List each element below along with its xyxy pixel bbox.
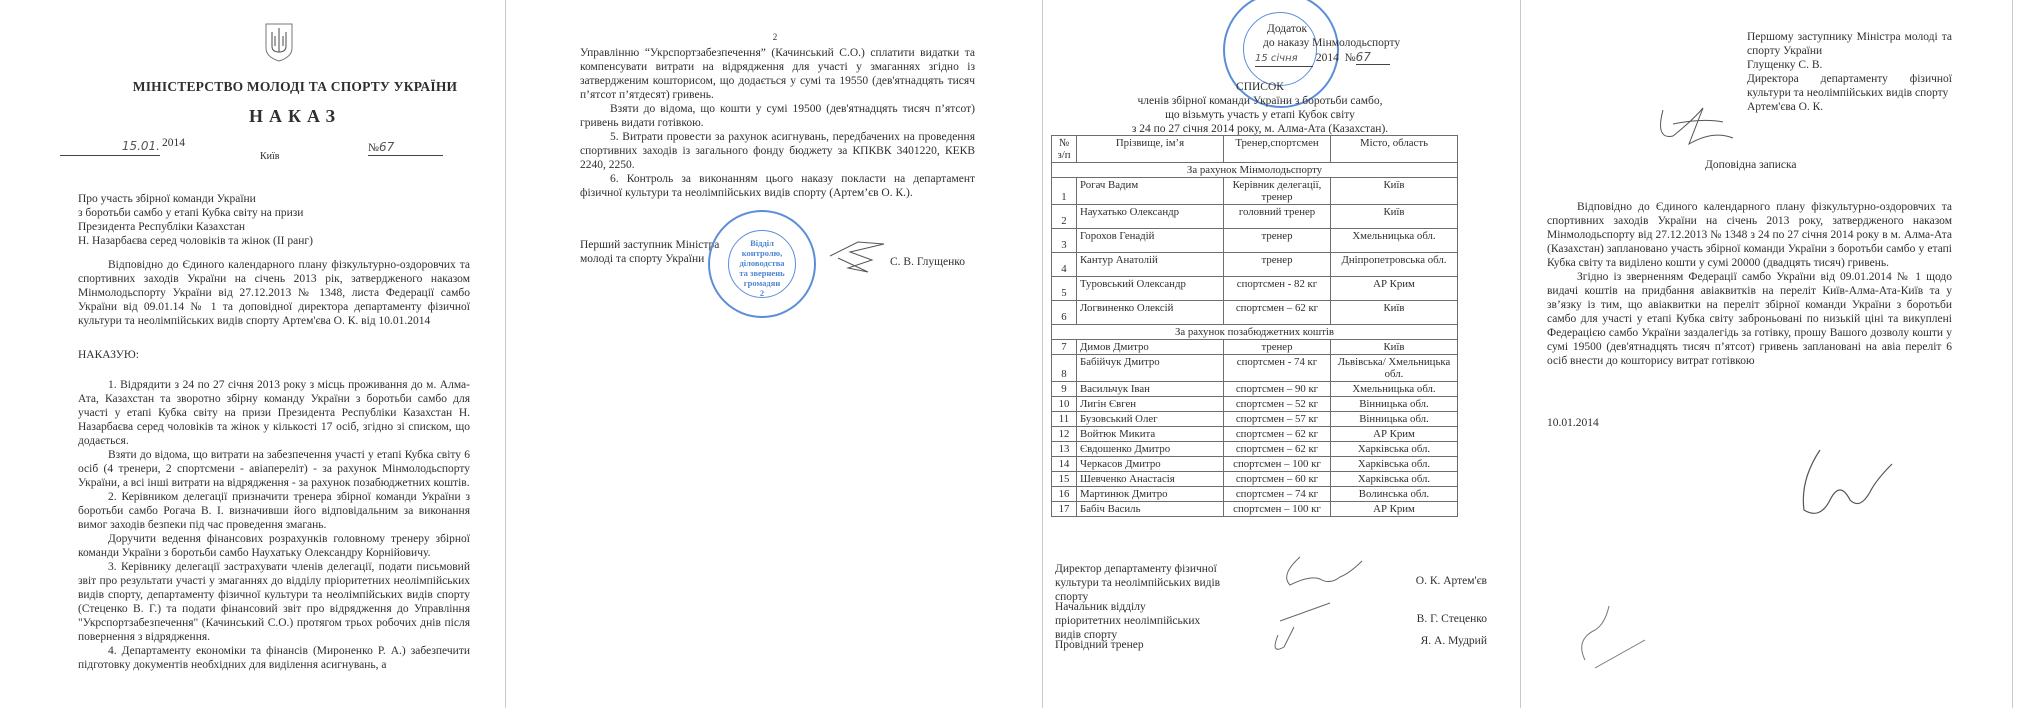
list-heading: СПИСОК членів збірної команди України з …: [1045, 80, 1475, 136]
order-preamble: Відповідно до Єдиного календарного плану…: [78, 258, 470, 328]
addressee-line: Першому заступнику Міністра молоді та сп…: [1747, 30, 1952, 58]
page-edge: [2012, 0, 2013, 708]
list-subtitle-line: членів збірної команди України з боротьб…: [1045, 94, 1475, 108]
athlete-region: Дніпропетровська обл.: [1331, 253, 1458, 277]
athlete-region: Київ: [1331, 301, 1458, 325]
memo-page: Першому заступнику Міністра молоді та сп…: [1545, 0, 2015, 708]
athlete-role: спортсмен – 52 кг: [1224, 397, 1331, 412]
athlete-role: спортсмен – 62 кг: [1224, 427, 1331, 442]
signature-name: Я. А. Мудрий: [1421, 634, 1487, 648]
order-paragraph: Управлінню “Укрспортзабезпечення” (Качин…: [580, 46, 975, 102]
row-number: 9: [1052, 382, 1077, 397]
memo-paragraphs: Відповідно до Єдиного календарного плану…: [1547, 200, 1952, 368]
table-row: 4Кантур АнатолійтренерДніпропетровська о…: [1052, 253, 1458, 277]
signature-name: В. Г. Стеценко: [1417, 612, 1487, 626]
subject-line: з боротьби самбо у етапі Кубка світу на …: [78, 206, 478, 220]
athlete-name: Бабійчук Дмитро: [1077, 355, 1224, 382]
athlete-name: Мартинюк Дмитро: [1077, 487, 1224, 502]
list-subtitle-line: що візьмуть участь у етапі Кубок світу: [1045, 108, 1475, 122]
athlete-name: Войтюк Микита: [1077, 427, 1224, 442]
row-number: 17: [1052, 502, 1077, 517]
athlete-role: спортсмен – 74 кг: [1224, 487, 1331, 502]
table-row: 5Туровський Олександрспортсмен - 82 кгАР…: [1052, 277, 1458, 301]
athlete-region: Хмельницька обл.: [1331, 382, 1458, 397]
page-edge: [505, 0, 506, 708]
table-row: 11Бузовський Олегспортсмен – 57 кгВінниц…: [1052, 412, 1458, 427]
annex-line: до наказу Мінмолодьспорту: [1263, 36, 1400, 50]
order-page-2: 2 Управлінню “Укрспортзабезпечення” (Кач…: [570, 0, 990, 708]
order-subject: Про участь збірної команди України з бор…: [78, 192, 478, 248]
table-header-cell: Тренер,спортсмен: [1224, 136, 1331, 163]
annex-header: Додаток до наказу Мінмолодьспорту 15 січ…: [1267, 22, 1400, 67]
row-number: 1: [1052, 178, 1077, 205]
athlete-role: спортсмен – 62 кг: [1224, 442, 1331, 457]
signature-icon: [828, 238, 888, 274]
athlete-region: Київ: [1331, 178, 1458, 205]
list-subtitle-line: з 24 по 27 січня 2014 року, м. Алма-Ата …: [1045, 122, 1475, 136]
athlete-name: Горохов Генадій: [1077, 229, 1224, 253]
table-header-row: № з/пПрізвище, ім’яТренер,спортсменМісто…: [1052, 136, 1458, 163]
subject-line: Президента Республіки Казахстан: [78, 220, 478, 234]
athlete-region: Вінницька обл.: [1331, 412, 1458, 427]
row-number: 6: [1052, 301, 1077, 325]
memo-paragraph: Згідно із зверненням Федерації самбо Укр…: [1547, 270, 1952, 368]
athlete-role: спортсмен – 100 кг: [1224, 502, 1331, 517]
signature-icon: [1270, 555, 1380, 665]
ministry-title: МІНІСТЕРСТВО МОЛОДІ ТА СПОРТУ УКРАЇНИ: [60, 79, 530, 95]
order-number-field: №67: [368, 140, 443, 156]
row-number: 16: [1052, 487, 1077, 502]
athlete-name: Шевченко Анастасія: [1077, 472, 1224, 487]
annex-number-handwritten: 67: [1356, 50, 1390, 65]
athlete-region: Волинська обл.: [1331, 487, 1458, 502]
stamp-center-text: Відділ контролю, діловодства та звернень…: [734, 238, 790, 298]
signatory-name: С. В. Глущенко: [890, 255, 965, 269]
row-number: 12: [1052, 427, 1077, 442]
official-stamp: Відділ контролю, діловодства та звернень…: [708, 210, 816, 318]
document-type: НАКАЗ: [60, 106, 530, 127]
memo-paragraph: Відповідно до Єдиного календарного плану…: [1547, 200, 1952, 270]
table-row: 14Черкасов Дмитроспортсмен – 100 кгХаркі…: [1052, 457, 1458, 472]
order-date-field: 15.01.: [60, 137, 160, 156]
table-row: 9Васильчук Іванспортсмен – 90 кгХмельниц…: [1052, 382, 1458, 397]
athlete-region: Львівська/ Хмельницька обл.: [1331, 355, 1458, 382]
athlete-name: Черкасов Дмитро: [1077, 457, 1224, 472]
row-number: 2: [1052, 205, 1077, 229]
athlete-role: спортсмен – 62 кг: [1224, 301, 1331, 325]
athlete-region: АР Крим: [1331, 502, 1458, 517]
subject-line: Н. Назарбаєва серед чоловіків та жінок (…: [78, 234, 478, 248]
table-row: 7Димов ДмитротренерКиїв: [1052, 340, 1458, 355]
signatory-title-line: молоді та спорту України: [580, 252, 719, 266]
athlete-region: Харківська обл.: [1331, 472, 1458, 487]
row-number: 11: [1052, 412, 1077, 427]
athlete-role: Керівник делегації, тренер: [1224, 178, 1331, 205]
athlete-role: спортсмен – 60 кг: [1224, 472, 1331, 487]
athlete-name: Бабіч Василь: [1077, 502, 1224, 517]
addressee-line: Директора департаменту фізичної культури…: [1747, 72, 1952, 100]
signature-icon: [1653, 100, 1737, 148]
team-roster-table: № з/пПрізвище, ім’яТренер,спортсменМісто…: [1051, 135, 1458, 517]
order-paragraph: Доручити ведення фінансових розрахунків …: [78, 532, 470, 560]
order-paragraph: 5. Витрати провести за рахунок асигнуван…: [580, 130, 975, 172]
order-paragraph: 1. Відрядити з 24 по 27 січня 2013 року …: [78, 378, 470, 448]
table-section-row: За рахунок Мінмолодьспорту: [1052, 163, 1458, 178]
athlete-name: Рогач Вадим: [1077, 178, 1224, 205]
order-paragraph: 2. Керівником делегації призначити трене…: [78, 490, 470, 532]
athlete-role: спортсмен – 90 кг: [1224, 382, 1331, 397]
section-title: За рахунок позабюджетних коштів: [1052, 325, 1458, 340]
order-paragraph: 4. Департаменту економіки та фінансів (М…: [78, 644, 470, 672]
page2-paragraphs: Управлінню “Укрспортзабезпечення” (Качин…: [580, 46, 975, 200]
signature-icon: [1565, 600, 1655, 670]
athlete-region: Хмельницька обл.: [1331, 229, 1458, 253]
table-header-cell: Прізвище, ім’я: [1077, 136, 1224, 163]
athlete-role: тренер: [1224, 340, 1331, 355]
section-title: За рахунок Мінмолодьспорту: [1052, 163, 1458, 178]
table-header-cell: № з/п: [1052, 136, 1077, 163]
athlete-region: Вінницька обл.: [1331, 397, 1458, 412]
athlete-name: Димов Дмитро: [1077, 340, 1224, 355]
row-number: 7: [1052, 340, 1077, 355]
table-row: 1Рогач ВадимКерівник делегації, тренерКи…: [1052, 178, 1458, 205]
table-row: 12Войтюк Микитаспортсмен – 62 кгАР Крим: [1052, 427, 1458, 442]
order-paragraph: Взяти до відома, що кошти у сумі 19500 (…: [580, 102, 975, 130]
athlete-name: Наухатько Олександр: [1077, 205, 1224, 229]
number-sign: №: [1345, 52, 1356, 64]
order-paragraph: 6. Контроль за виконанням цього наказу п…: [580, 172, 975, 200]
athlete-region: Київ: [1331, 340, 1458, 355]
page-edge: [1042, 0, 1043, 708]
athlete-role: спортсмен – 57 кг: [1224, 412, 1331, 427]
order-date-year: 2014: [162, 136, 185, 150]
subject-line: Про участь збірної команди України: [78, 192, 478, 206]
athlete-role: спортсмен – 100 кг: [1224, 457, 1331, 472]
order-city: Київ: [260, 150, 280, 164]
table-row: 10Лигін Євгенспортсмен – 52 кгВінницька …: [1052, 397, 1458, 412]
annex-year: 2014: [1316, 52, 1339, 64]
page-edge: [1520, 0, 1521, 708]
order-date-handwritten: 15.01.: [122, 139, 160, 153]
athlete-role: спортсмен - 82 кг: [1224, 277, 1331, 301]
annex-date-handwritten: 15 січня: [1255, 52, 1313, 67]
table-row: 2Наухатько Олександрголовний тренерКиїв: [1052, 205, 1458, 229]
page-number: 2: [570, 30, 980, 44]
athlete-region: АР Крим: [1331, 277, 1458, 301]
memo-title: Доповідна записка: [1705, 158, 1797, 172]
row-number: 14: [1052, 457, 1077, 472]
order-paragraphs: 1. Відрядити з 24 по 27 січня 2013 року …: [78, 378, 470, 672]
row-number: 15: [1052, 472, 1077, 487]
annex-line: Додаток: [1267, 22, 1400, 36]
athlete-role: спортсмен - 74 кг: [1224, 355, 1331, 382]
signature-name: О. К. Артем'єв: [1416, 574, 1487, 588]
table-section-row: За рахунок позабюджетних коштів: [1052, 325, 1458, 340]
row-number: 8: [1052, 355, 1077, 382]
athlete-role: тренер: [1224, 229, 1331, 253]
athlete-name: Васильчук Іван: [1077, 382, 1224, 397]
athlete-role: тренер: [1224, 253, 1331, 277]
row-number: 10: [1052, 397, 1077, 412]
athlete-name: Євдошенко Дмитро: [1077, 442, 1224, 457]
table-row: 3Горохов ГенадійтренерХмельницька обл.: [1052, 229, 1458, 253]
order-paragraph: Взяти до відома, що витрати на забезпече…: [78, 448, 470, 490]
athlete-region: Київ: [1331, 205, 1458, 229]
order-paragraph: 3. Керівнику делегації застрахувати член…: [78, 560, 470, 644]
signature-icon: [1780, 440, 1900, 530]
athlete-name: Лигін Євген: [1077, 397, 1224, 412]
order-page-1: МІНІСТЕРСТВО МОЛОДІ ТА СПОРТУ УКРАЇНИ НА…: [60, 0, 530, 708]
row-number: 5: [1052, 277, 1077, 301]
table-row: 8Бабійчук Дмитроспортсмен - 74 кгЛьвівсь…: [1052, 355, 1458, 382]
athlete-name: Туровський Олександр: [1077, 277, 1224, 301]
table-row: 15Шевченко Анастасіяспортсмен – 60 кгХар…: [1052, 472, 1458, 487]
memo-addressee: Першому заступнику Міністра молоді та сп…: [1747, 30, 1952, 114]
addressee-line: Артем'єва О. К.: [1747, 100, 1952, 114]
addressee-line: Глущенку С. В.: [1747, 58, 1952, 72]
row-number: 4: [1052, 253, 1077, 277]
athlete-region: Харківська обл.: [1331, 457, 1458, 472]
athlete-name: Кантур Анатолій: [1077, 253, 1224, 277]
athlete-name: Бузовський Олег: [1077, 412, 1224, 427]
signature-title: Директор департаменту фізичної культури …: [1055, 562, 1255, 604]
annex-page: Додаток до наказу Мінмолодьспорту 15 січ…: [1045, 0, 1515, 708]
athlete-name: Логвиненко Олексій: [1077, 301, 1224, 325]
row-number: 13: [1052, 442, 1077, 457]
number-sign: №: [368, 142, 379, 154]
table-row: 17Бабіч Васильспортсмен – 100 кгАР Крим: [1052, 502, 1458, 517]
coat-of-arms-icon: [264, 22, 294, 62]
list-title: СПИСОК: [1045, 80, 1475, 94]
row-number: 3: [1052, 229, 1077, 253]
table-row: 16Мартинюк Дмитроспортсмен – 74 кгВолинс…: [1052, 487, 1458, 502]
table-row: 13Євдошенко Дмитроспортсмен – 62 кгХаркі…: [1052, 442, 1458, 457]
signatory-title-line: Перший заступник Міністра: [580, 238, 719, 252]
table-header-cell: Місто, область: [1331, 136, 1458, 163]
athlete-region: АР Крим: [1331, 427, 1458, 442]
table-row: 6Логвиненко Олексійспортсмен – 62 кгКиїв: [1052, 301, 1458, 325]
signatory-title: Перший заступник Міністра молоді та спор…: [580, 238, 719, 266]
memo-date: 10.01.2014: [1547, 416, 1599, 430]
signature-title: Начальник відділу пріоритетних неолімпій…: [1055, 600, 1205, 642]
order-word: НАКАЗУЮ:: [78, 348, 139, 362]
order-number-handwritten: 67: [379, 140, 394, 154]
athlete-role: головний тренер: [1224, 205, 1331, 229]
athlete-region: Харківська обл.: [1331, 442, 1458, 457]
